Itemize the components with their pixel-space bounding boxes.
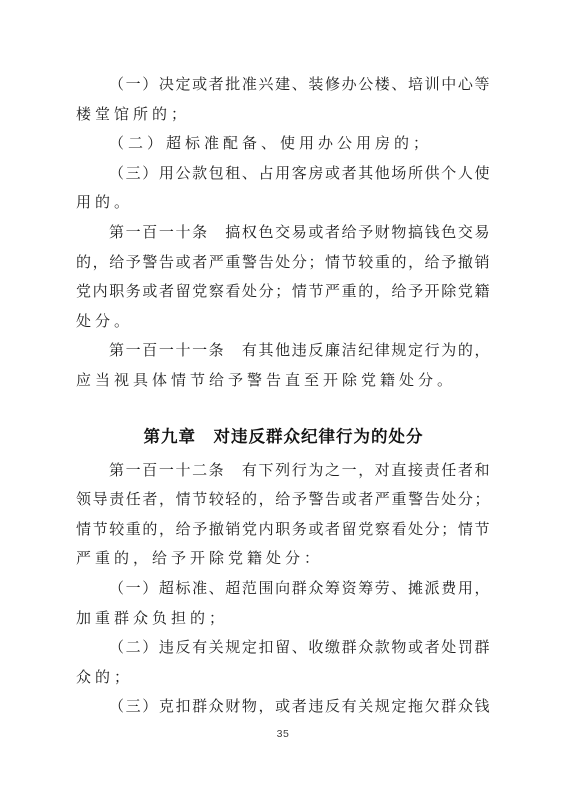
text-line: （三）用公款包租、占用客房或者其他场所供个人使: [76, 160, 491, 190]
page-number: 35: [0, 727, 566, 741]
text-line: （一）超标准、超范围向群众筹资筹劳、摊派费用，: [76, 575, 491, 605]
text-line: 领导责任者，情节较轻的，给予警告或者严重警告处分；: [76, 486, 491, 516]
text-line: 众的；: [76, 664, 491, 694]
text-line: （一）决定或者批准兴建、装修办公楼、培训中心等: [76, 71, 491, 101]
text-line: 情节较重的，给予撤销党内职务或者留党察看处分；情节: [76, 516, 491, 546]
text-line: 加重群众负担的；: [76, 605, 491, 635]
text-line: 的，给予警告或者严重警告处分；情节较重的，给予撤销: [76, 249, 491, 279]
text-line: 处分。: [76, 308, 491, 338]
text-line: 楼堂馆所的；: [76, 101, 491, 131]
text-line: 第一百一十二条 有下列行为之一，对直接责任者和: [76, 457, 491, 487]
text-line: 第一百一十一条 有其他违反廉洁纪律规定行为的，: [76, 337, 491, 367]
text-line: 用的。: [76, 189, 491, 219]
document-body: （一）决定或者批准兴建、装修办公楼、培训中心等 楼堂馆所的； （二）超标准配备、…: [76, 71, 491, 723]
chapter-heading: 第九章 对违反群众纪律行为的处分: [76, 419, 491, 455]
text-line: （二）违反有关规定扣留、收缴群众款物或者处罚群: [76, 634, 491, 664]
text-line: （三）克扣群众财物，或者违反有关规定拖欠群众钱: [76, 693, 491, 723]
text-line: 严重的，给予开除党籍处分：: [76, 545, 491, 575]
text-line: （二）超标准配备、使用办公用房的；: [76, 130, 491, 160]
text-line: 第一百一十条 搞权色交易或者给予财物搞钱色交易: [76, 219, 491, 249]
document-page: （一）决定或者批准兴建、装修办公楼、培训中心等 楼堂馆所的； （二）超标准配备、…: [0, 0, 566, 800]
text-line: 党内职务或者留党察看处分；情节严重的，给予开除党籍: [76, 278, 491, 308]
text-line: 应当视具体情节给予警告直至开除党籍处分。: [76, 367, 491, 397]
